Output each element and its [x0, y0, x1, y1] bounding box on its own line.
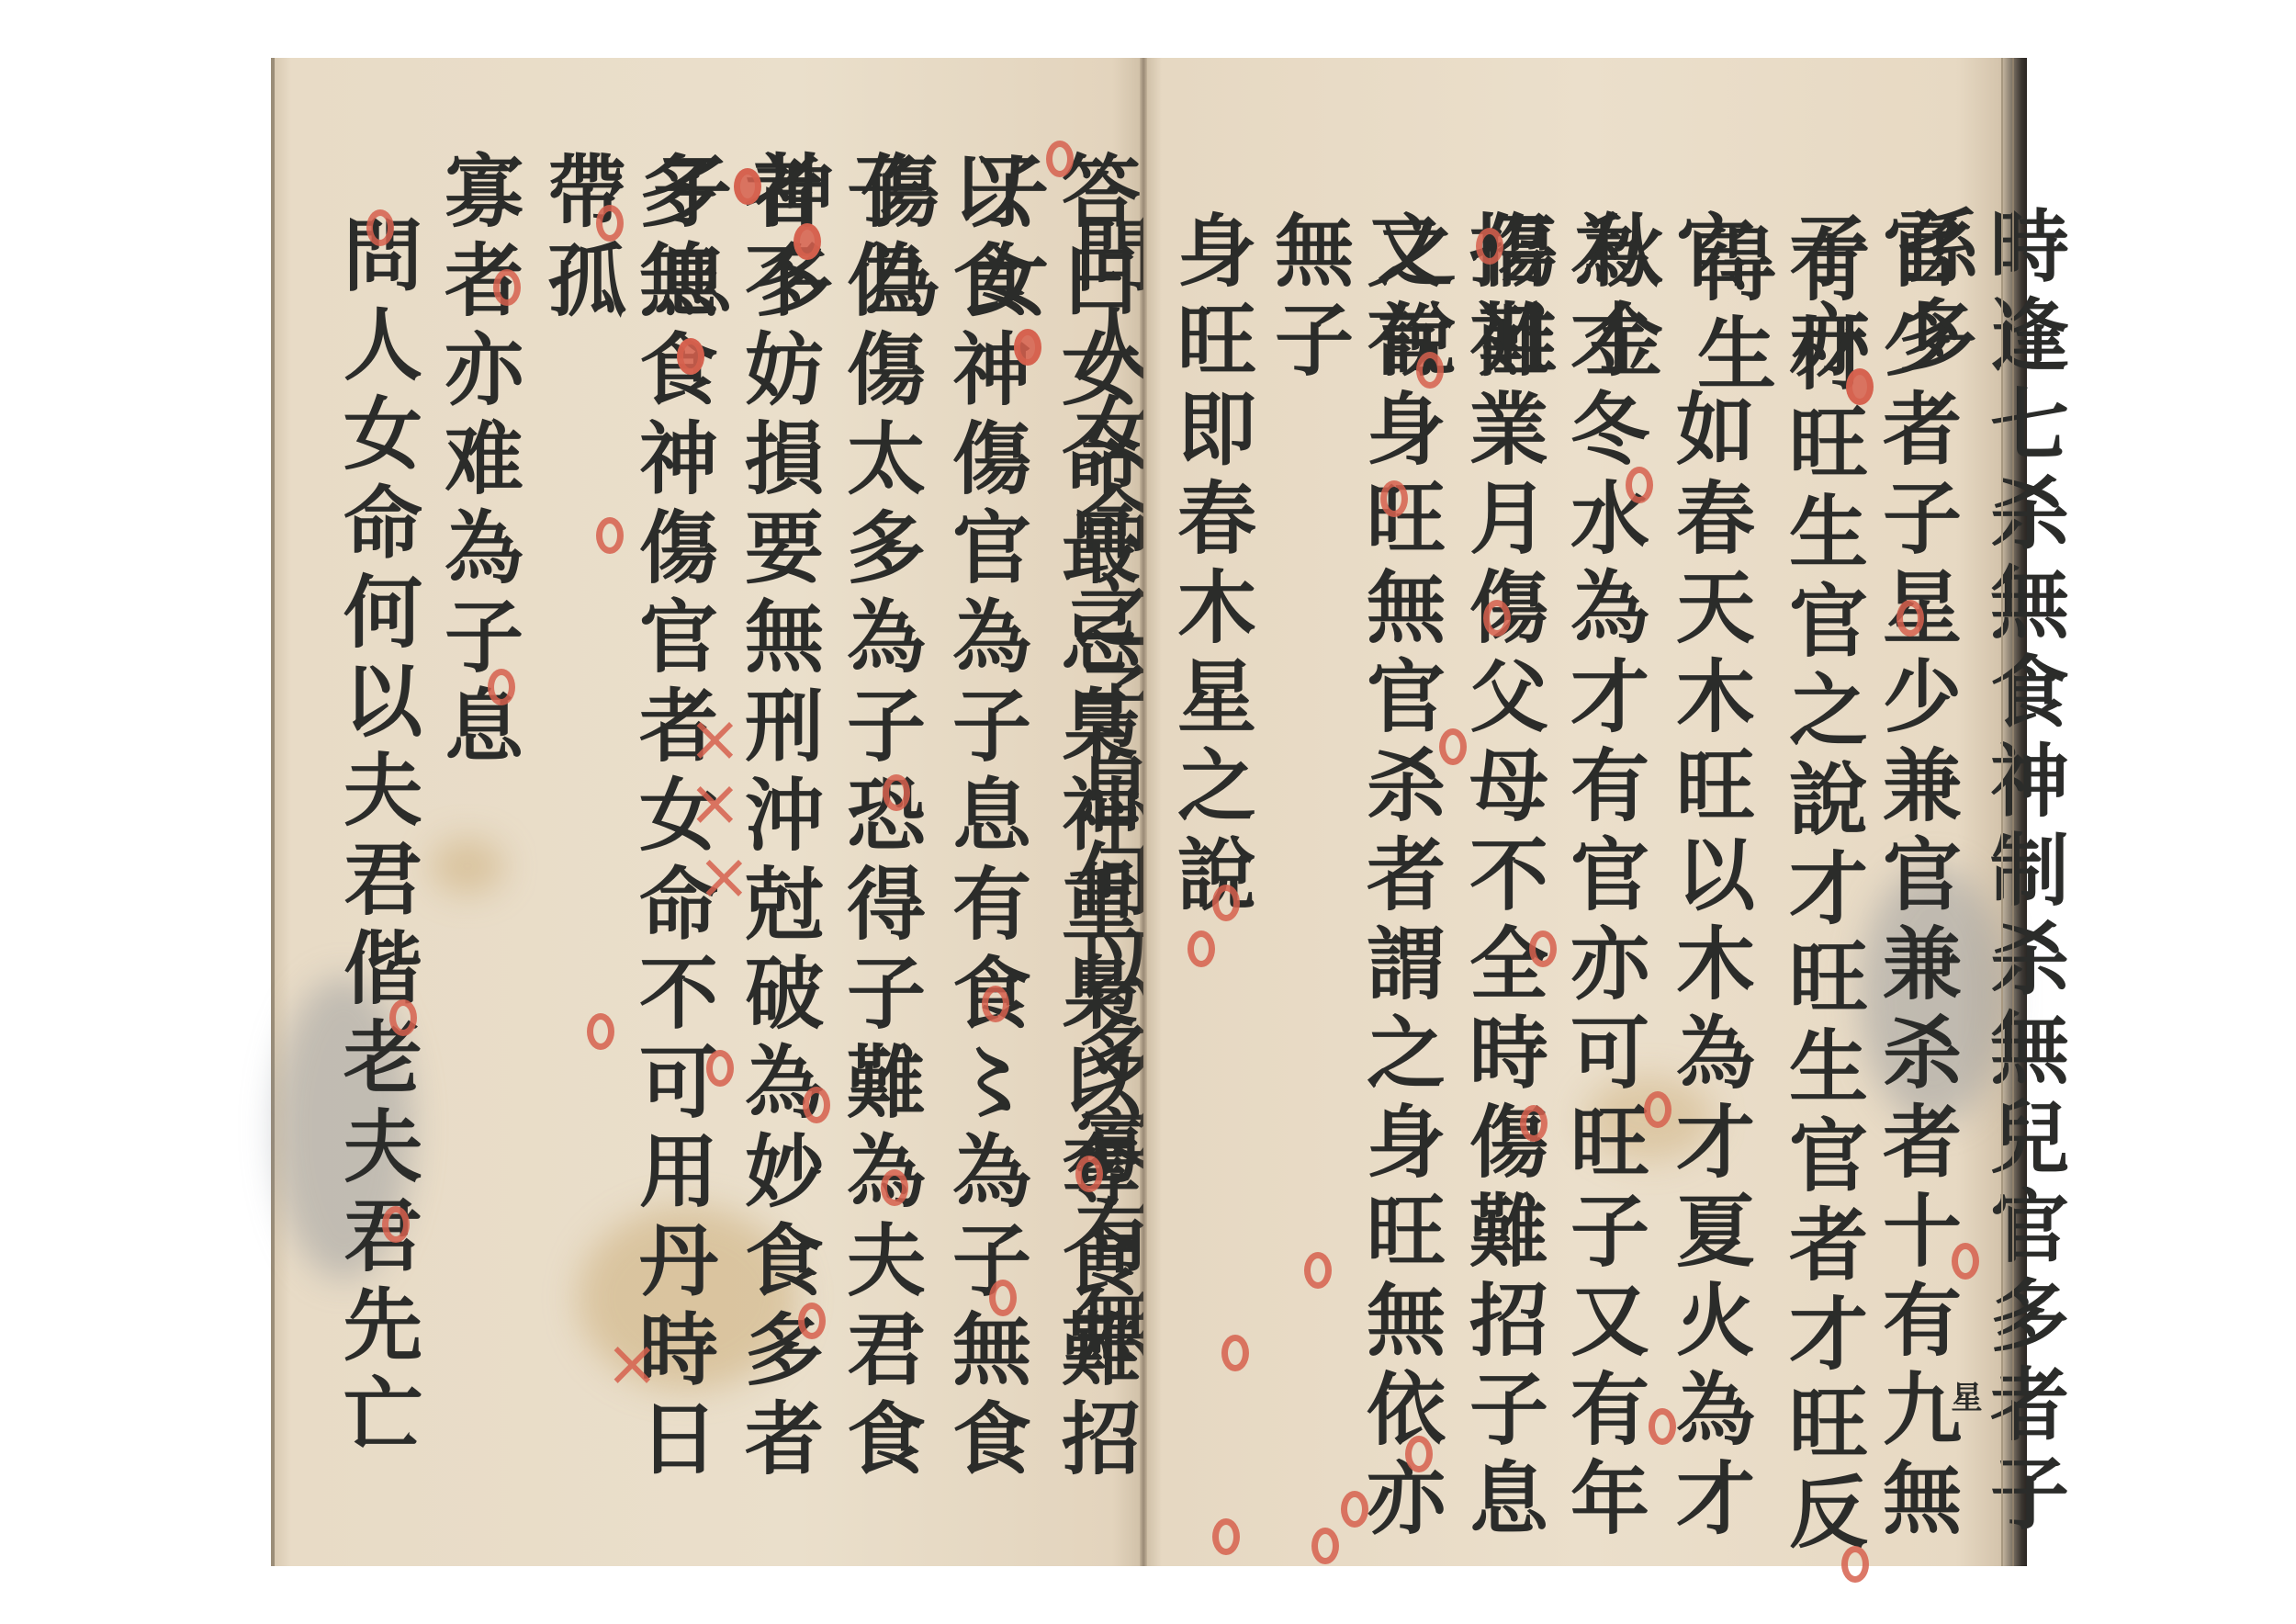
right-page: 時逢七杀無食神制杀無兒官多者子孫多 星 官少者子星少兼官兼杀者十有九無子亦 有材…: [1143, 58, 2027, 1566]
red-circle-mark: [1304, 1252, 1332, 1289]
left-page: 問人女命之子息何以多寡有無 答曰女命最忌梟神重梟以奪食難招子女 以食神傷官為子息…: [271, 58, 1147, 1566]
red-circle-mark: [587, 1013, 614, 1050]
red-circle-mark: [1529, 930, 1557, 967]
open-book: 問人女命之子息何以多寡有無 答曰女命最忌梟神重梟以奪食難招子女 以食神傷官為子息…: [271, 58, 2027, 1566]
red-circle-mark: [1221, 1335, 1249, 1371]
red-dot-mark: [677, 338, 704, 375]
red-cross-mark: ×: [605, 1325, 659, 1401]
red-circle-mark: [596, 517, 624, 554]
red-circle-mark: [1896, 600, 1924, 637]
red-circle-mark: [1952, 1243, 1979, 1280]
red-circle-mark: [1649, 1408, 1676, 1445]
book-gutter: [1140, 58, 1147, 1566]
red-circle-mark: [1483, 600, 1511, 637]
red-circle-mark: [1311, 1528, 1339, 1564]
red-circle-mark: [1341, 1491, 1368, 1528]
red-cross-mark: ×: [688, 765, 742, 840]
red-circle-mark: [881, 1169, 908, 1206]
red-dot-mark: [1846, 368, 1874, 405]
red-circle-mark: [1644, 1091, 1671, 1128]
red-circle-mark: [1380, 480, 1408, 517]
page-stack-edge: [2001, 58, 2014, 1566]
red-circle-mark: [488, 669, 515, 705]
red-circle-mark: [803, 1087, 830, 1123]
red-circle-mark: [389, 999, 417, 1036]
red-circle-mark: [596, 205, 624, 242]
red-circle-mark: [1075, 1156, 1103, 1192]
red-circle-mark: [1212, 1518, 1240, 1555]
red-circle-mark: [1212, 885, 1240, 921]
red-circle-mark: [1416, 352, 1444, 389]
text-column: 身旺即春木星之說: [1164, 209, 1255, 922]
red-circle-mark: [1187, 930, 1215, 967]
red-circle-mark: [493, 269, 521, 306]
red-circle-mark: [382, 1206, 410, 1243]
red-circle-mark: [1405, 1436, 1433, 1472]
red-circle-mark: [366, 209, 394, 246]
red-circle-mark: [1439, 728, 1467, 765]
red-circle-mark: [798, 1303, 826, 1339]
red-dot-mark: [1014, 329, 1041, 366]
text-column: 又有身旺無官杀者謂之身旺無依亦無子: [1261, 209, 1445, 1566]
red-circle-mark: [989, 1280, 1017, 1316]
red-circle-mark: [1046, 141, 1074, 177]
red-circle-mark: [982, 986, 1009, 1022]
red-circle-mark: [1626, 467, 1653, 503]
red-circle-mark: [1520, 1105, 1548, 1142]
red-dot-mark: [734, 168, 761, 205]
red-circle-mark: [883, 774, 910, 811]
red-cross-mark: ×: [697, 839, 751, 914]
brown-stain: [431, 839, 504, 894]
red-circle-mark: [1476, 228, 1503, 265]
red-circle-mark: [1841, 1546, 1869, 1583]
text-column: 問人女命何以夫君偕老夫君先亡: [330, 214, 422, 1461]
red-circle-mark: [706, 1050, 734, 1087]
red-dot-mark: [793, 223, 821, 260]
